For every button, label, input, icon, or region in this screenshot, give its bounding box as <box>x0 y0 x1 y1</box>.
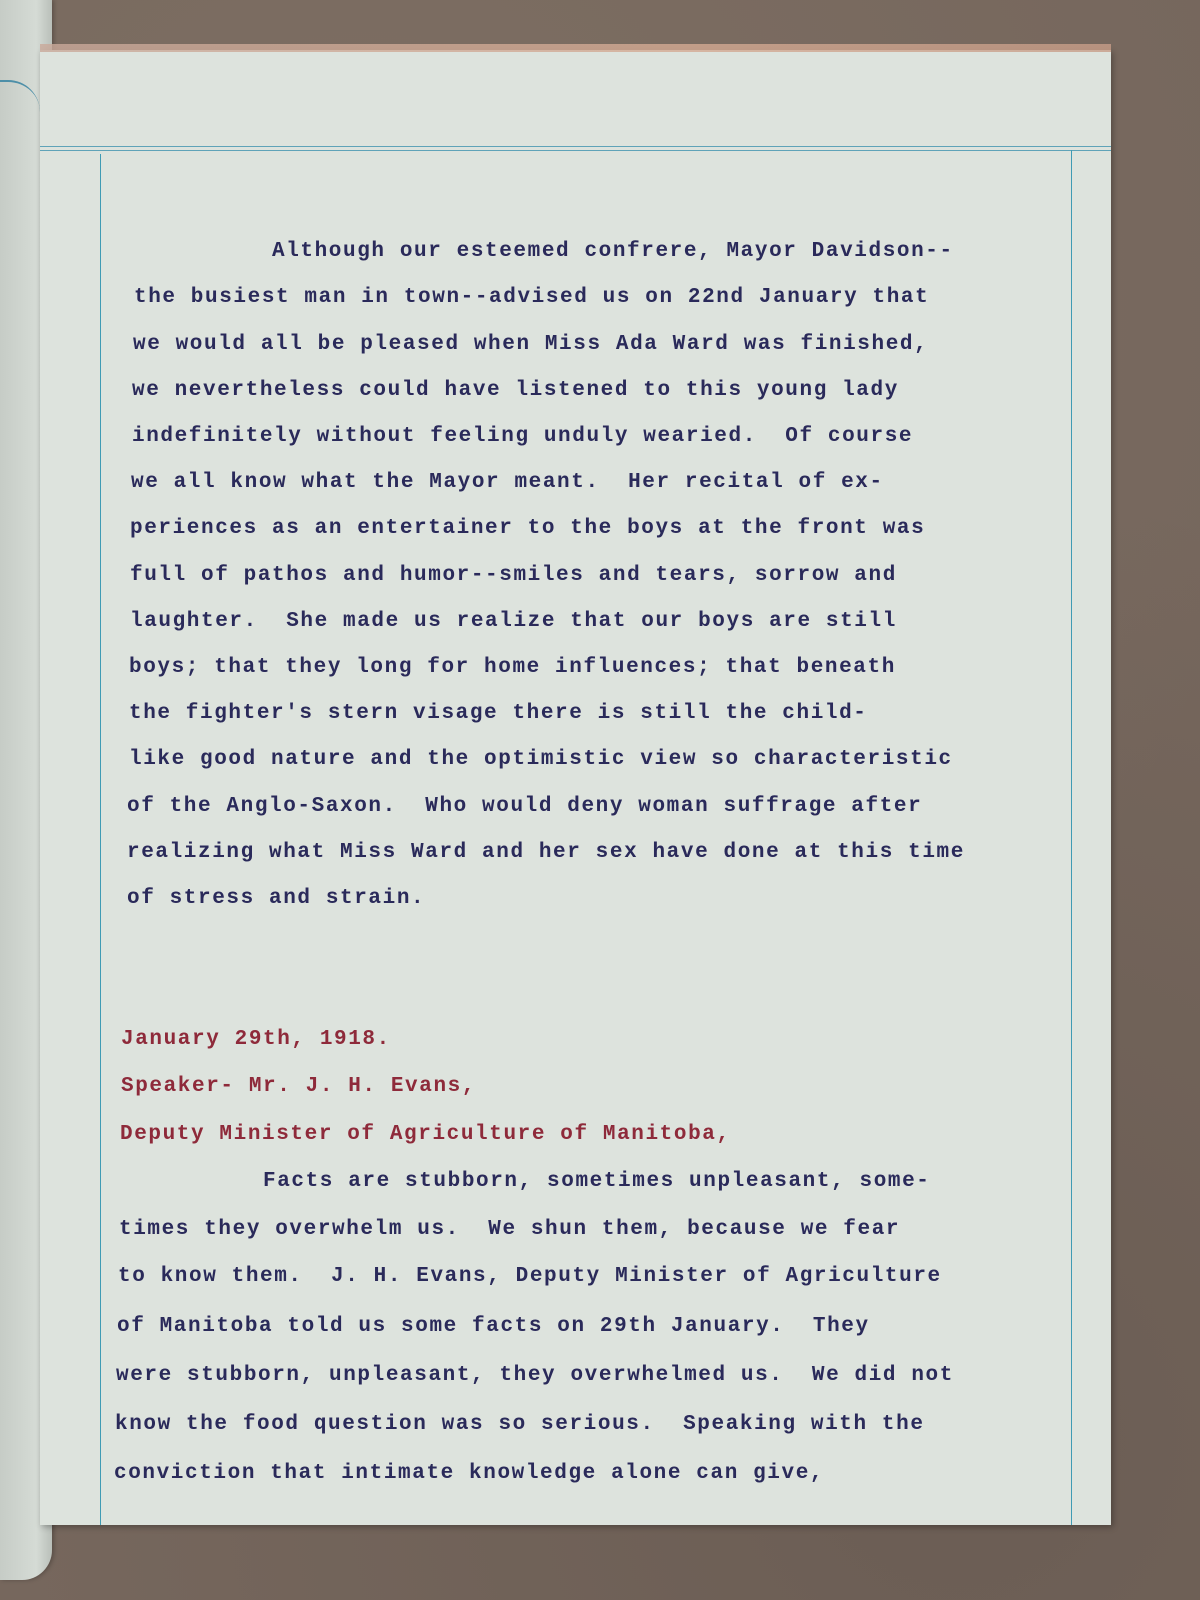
header-rule-line <box>40 146 1111 151</box>
paragraph-1-line: of stress and strain. <box>127 887 425 910</box>
paragraph-2-line: Facts are stubborn, sometimes unpleasant… <box>263 1170 931 1193</box>
paragraph-1-line: we all know what the Mayor meant. Her re… <box>131 471 884 494</box>
paragraph-1-line: the fighter's stern visage there is stil… <box>129 702 868 725</box>
paragraph-1-line: realizing what Miss Ward and her sex hav… <box>127 841 965 864</box>
paragraph-1-line: like good nature and the optimistic view… <box>129 748 953 771</box>
paragraph-1-line: the busiest man in town--advised us on 2… <box>134 286 929 309</box>
paragraph-2-line: conviction that intimate knowledge alone… <box>114 1462 824 1485</box>
typewritten-page <box>40 50 1111 1525</box>
paragraph-2-line: times they overwhelm us. We shun them, b… <box>119 1218 900 1241</box>
paragraph-1-line: we would all be pleased when Miss Ada Wa… <box>133 333 928 356</box>
left-page-rule-line <box>0 80 40 112</box>
paragraph-1-line: indefinitely without feeling unduly wear… <box>132 425 913 448</box>
paragraph-1-line: we nevertheless could have listened to t… <box>132 379 899 402</box>
paragraph-1-line: full of pathos and humor--smiles and tea… <box>130 564 897 587</box>
paragraph-2-line: know the food question was so serious. S… <box>115 1413 925 1436</box>
paragraph-2-line: were stubborn, unpleasant, they overwhel… <box>116 1364 954 1387</box>
paragraph-1-line: of the Anglo-Saxon. Who would deny woman… <box>127 795 922 818</box>
entry-date: January 29th, 1918. <box>121 1028 391 1051</box>
page-top-edge <box>40 44 1111 52</box>
left-margin-line <box>100 154 101 1525</box>
right-margin-line <box>1071 150 1072 1525</box>
paragraph-2-line: to know them. J. H. Evans, Deputy Minist… <box>118 1265 942 1288</box>
paragraph-2-line: of Manitoba told us some facts on 29th J… <box>117 1315 870 1338</box>
paragraph-1-line: Although our esteemed confrere, Mayor Da… <box>272 240 954 263</box>
paragraph-1-line: boys; that they long for home influences… <box>129 656 896 679</box>
entry-speaker: Speaker- Mr. J. H. Evans, <box>121 1075 476 1098</box>
paragraph-1-line: periences as an entertainer to the boys … <box>130 517 925 540</box>
entry-speaker-title: Deputy Minister of Agriculture of Manito… <box>120 1123 731 1146</box>
paragraph-1-line: laughter. She made us realize that our b… <box>130 610 897 633</box>
